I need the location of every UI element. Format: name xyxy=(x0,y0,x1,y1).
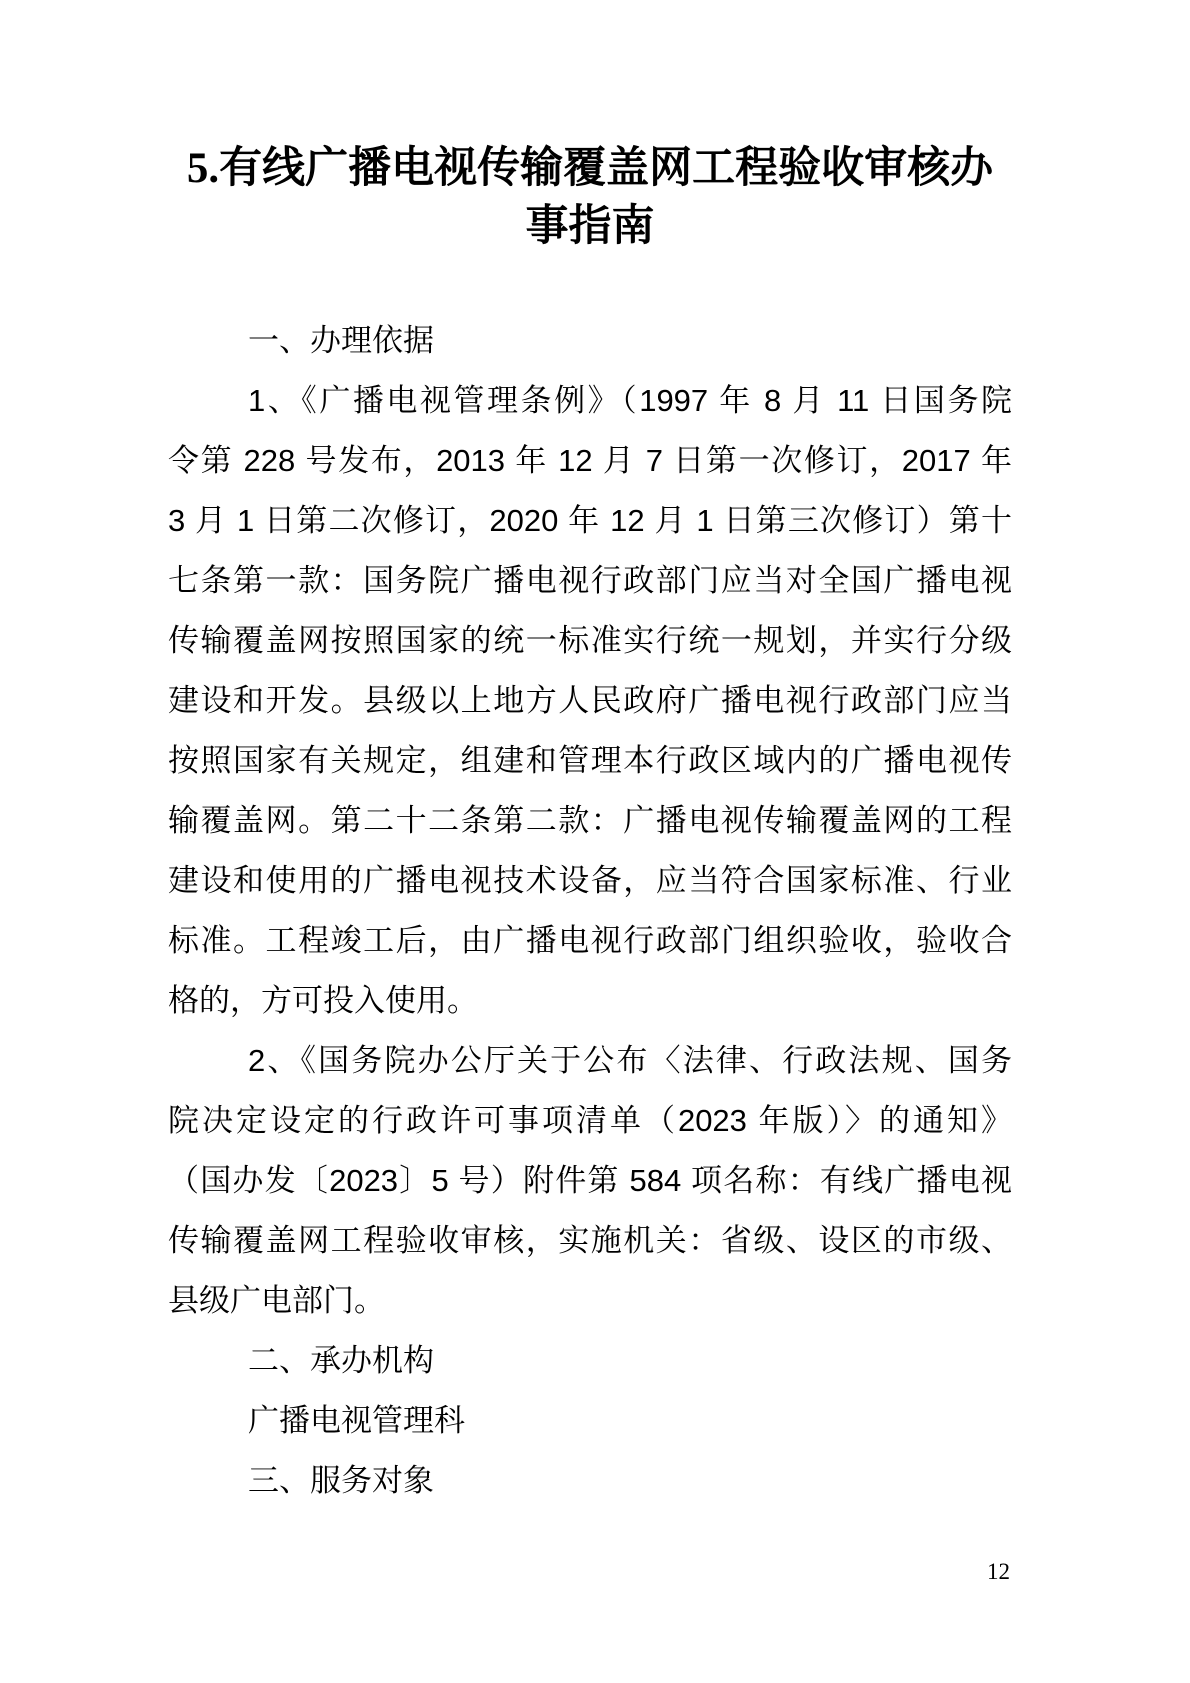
text-line: 建设和开发。县级以上地方人民政府广播电视行政部门应当 xyxy=(168,671,1012,731)
page-number: 12 xyxy=(987,1558,1010,1586)
text-line: 传输覆盖网按照国家的统一标准实行统一规划，并实行分级 xyxy=(168,611,1012,671)
text-line: 1、《广播电视管理条例》（1997 年 8 月 11 日国务院 xyxy=(168,371,1012,431)
text-line: （国办发〔2023〕5 号）附件第 584 项名称：有线广播电视 xyxy=(168,1151,1012,1211)
text-line: 县级广电部门。 xyxy=(168,1271,1012,1331)
text-line: 院决定设定的行政许可事项清单（2023 年版）〉的通知》 xyxy=(168,1091,1012,1151)
page-title: 5.有线广播电视传输覆盖网工程验收审核办 事指南 xyxy=(168,140,1012,256)
text-line: 输覆盖网。第二十二条第二款：广播电视传输覆盖网的工程 xyxy=(168,791,1012,851)
section-heading-1: 一、办理依据 xyxy=(168,311,1012,371)
text-line: 3 月 1 日第二次修订，2020 年 12 月 1 日第三次修订）第十 xyxy=(168,491,1012,551)
text-line: 格的，方可投入使用。 xyxy=(168,971,1012,1031)
text-line: 2、《国务院办公厅关于公布〈法律、行政法规、国务 xyxy=(168,1031,1012,1091)
text-line: 建设和使用的广播电视技术设备，应当符合国家标准、行业 xyxy=(168,851,1012,911)
text-line: 传输覆盖网工程验收审核，实施机关：省级、设区的市级、 xyxy=(168,1211,1012,1271)
text-line: 广播电视管理科 xyxy=(168,1391,1012,1451)
text-line: 按照国家有关规定，组建和管理本行政区域内的广播电视传 xyxy=(168,731,1012,791)
section-heading-3: 三、服务对象 xyxy=(168,1451,1012,1511)
document-body: 一、办理依据 1、《广播电视管理条例》（1997 年 8 月 11 日国务院 令… xyxy=(168,311,1012,1511)
text-line: 标准。工程竣工后，由广播电视行政部门组织验收，验收合 xyxy=(168,911,1012,971)
page-title-line-2: 事指南 xyxy=(168,198,1012,256)
text-line: 令第 228 号发布，2013 年 12 月 7 日第一次修订，2017 年 xyxy=(168,431,1012,491)
text-line: 七条第一款：国务院广播电视行政部门应当对全国广播电视 xyxy=(168,551,1012,611)
document-page: 5.有线广播电视传输覆盖网工程验收审核办 事指南 一、办理依据 1、《广播电视管… xyxy=(0,0,1190,1683)
page-title-line-1: 5.有线广播电视传输覆盖网工程验收审核办 xyxy=(168,140,1012,198)
document-content-column: 5.有线广播电视传输覆盖网工程验收审核办 事指南 一、办理依据 1、《广播电视管… xyxy=(168,140,1012,1511)
section-heading-2: 二、承办机构 xyxy=(168,1331,1012,1391)
